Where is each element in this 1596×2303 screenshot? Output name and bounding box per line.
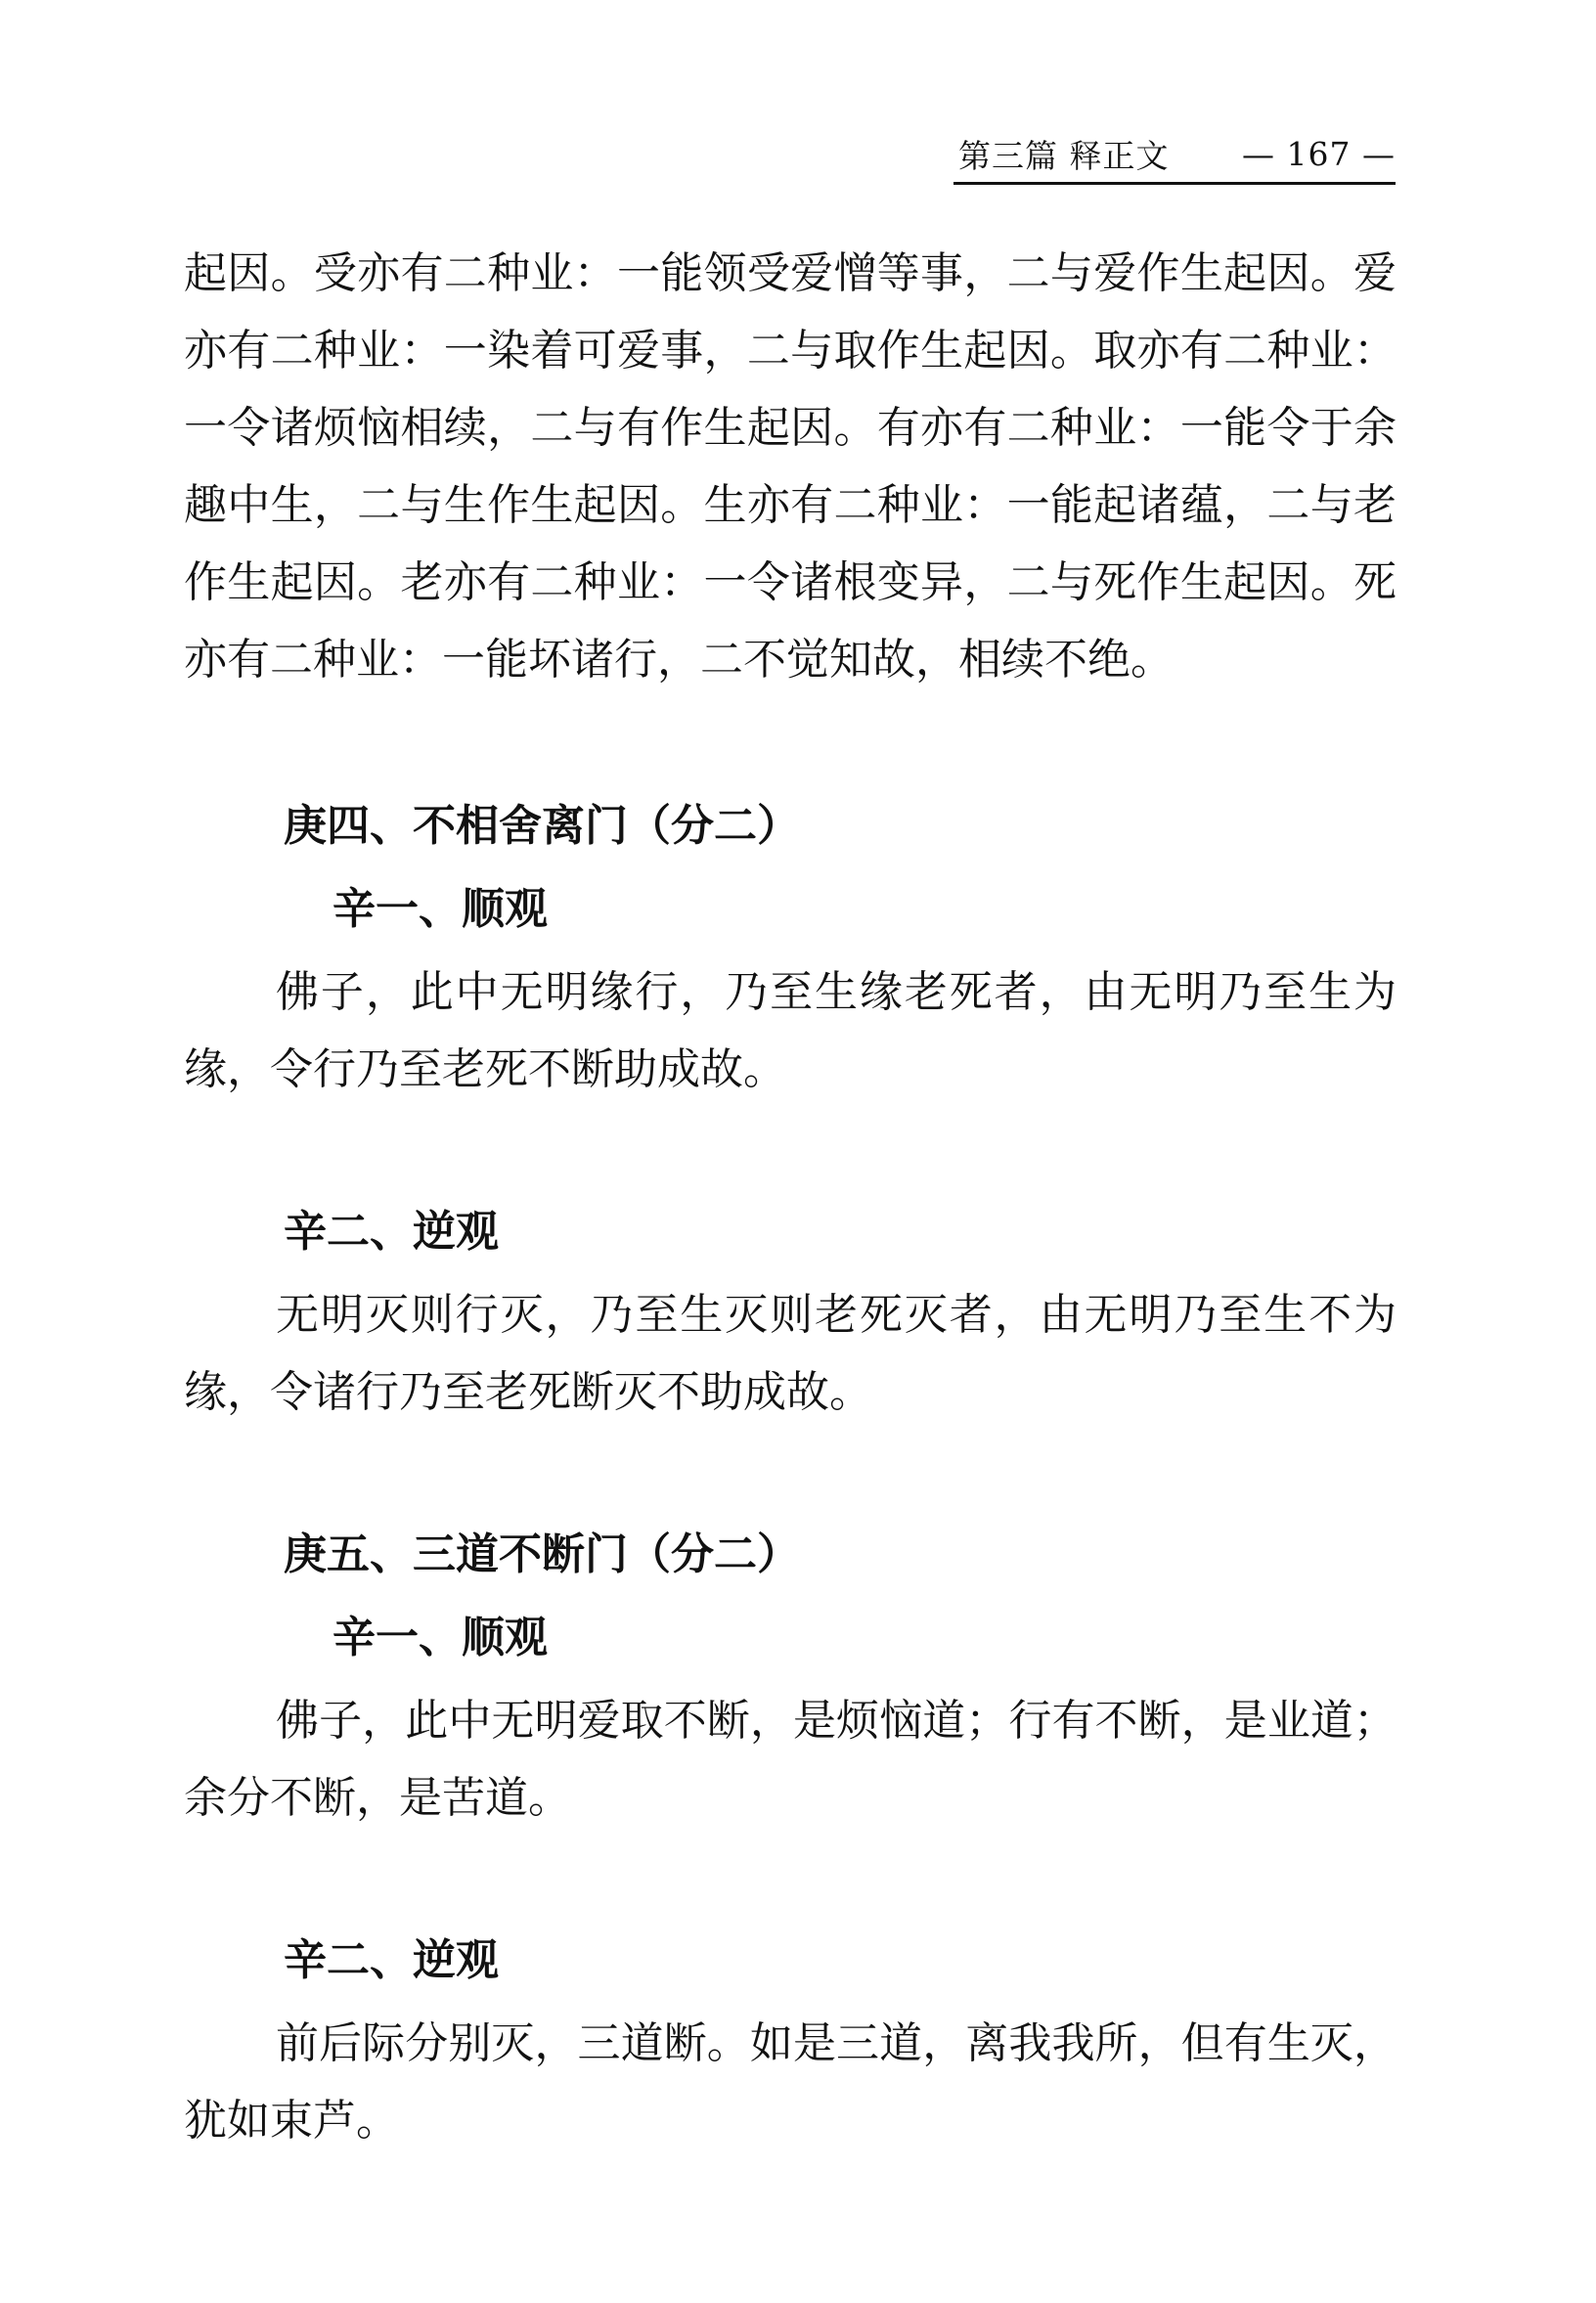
body-line: 缘，令诸行乃至老死断灭不助成故。 bbox=[184, 1363, 1396, 1422]
body-line: 前后际分别灭，三道断。如是三道，离我我所，但有生灭， bbox=[276, 2015, 1396, 2073]
body-line: 亦有二种业：一能坏诸行，二不觉知故，相续不绝。 bbox=[184, 631, 1396, 689]
body-line: 犹如束芦。 bbox=[184, 2092, 1396, 2150]
body-line: 佛子，此中无明爱取不断，是烦恼道；行有不断，是业道； bbox=[276, 1692, 1396, 1750]
body-line: 起因。受亦有二种业：一能领受爱憎等事，二与爱作生起因。爱 bbox=[184, 244, 1396, 303]
page-number: — 167 — bbox=[1242, 135, 1396, 173]
subsection-heading: 辛一、顺观 bbox=[332, 880, 548, 939]
body-line: 佛子，此中无明缘行，乃至生缘老死者，由无明乃至生为 bbox=[276, 963, 1396, 1022]
header-rule bbox=[953, 182, 1396, 185]
section-heading: 庚五、三道不断门（分二） bbox=[284, 1526, 800, 1584]
body-line: 趣中生，二与生作生起因。生亦有二种业：一能起诸蕴，二与老 bbox=[184, 476, 1396, 535]
body-line: 余分不断，是苦道。 bbox=[184, 1769, 1396, 1828]
chapter-title: 第三篇 释正文 bbox=[958, 131, 1170, 177]
body-line: 缘，令行乃至老死不断助成故。 bbox=[184, 1041, 1396, 1099]
body-line: 作生起因。老亦有二种业：一令诸根变异，二与死作生起因。死 bbox=[184, 554, 1396, 612]
body-line: 亦有二种业：一染着可爱事，二与取作生起因。取亦有二种业： bbox=[184, 322, 1396, 380]
section-heading: 庚四、不相舍离门（分二） bbox=[284, 797, 800, 856]
subsection-heading: 辛二、逆观 bbox=[284, 1203, 499, 1262]
page-header: 第三篇 释正文 — 167 — bbox=[958, 129, 1396, 178]
subsection-heading: 辛二、逆观 bbox=[284, 1931, 499, 1990]
subsection-heading: 辛一、顺观 bbox=[332, 1609, 548, 1667]
body-line: 无明灭则行灭，乃至生灭则老死灭者，由无明乃至生不为 bbox=[276, 1286, 1396, 1345]
body-line: 一令诸烦恼相续，二与有作生起因。有亦有二种业：一能令于余 bbox=[184, 399, 1396, 458]
